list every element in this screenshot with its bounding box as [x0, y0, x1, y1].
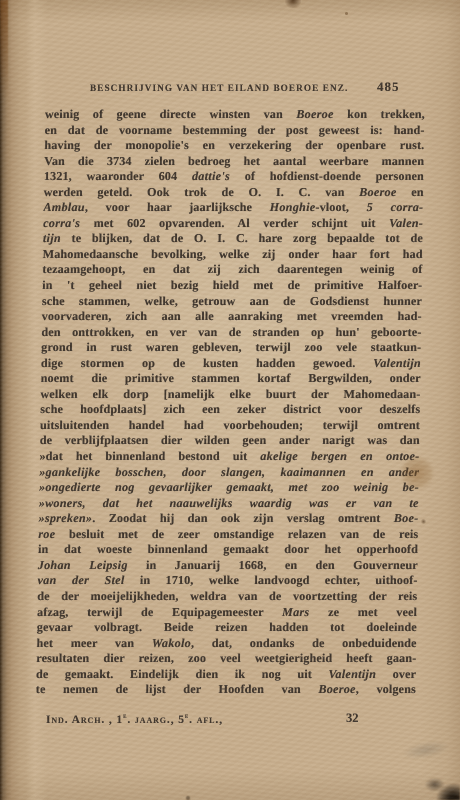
text-line: voorvaderen, zich aan alle aanraking met…: [42, 309, 422, 325]
text-line: werden geteld. Ook trok de O. I. C. van …: [44, 185, 424, 201]
paper-speck: [421, 519, 426, 524]
text-line: de gemaakt. Eindelijk dien ik nog uit Va…: [36, 667, 416, 683]
sheet-number: 32: [346, 711, 359, 726]
text-line: den onttrokken, en ver van de stranden o…: [41, 325, 421, 341]
text-line: tijn te blijken, dat de O. I. C. hare zo…: [43, 231, 423, 247]
text-line: roe besluit met de zeer omstandige relaz…: [38, 527, 418, 543]
paper-speck: [345, 12, 348, 15]
text-line: en dat de voorname bestemming der post g…: [45, 123, 425, 139]
text-line: tezaamgehoopt, en dat zij zich daarenteg…: [42, 262, 422, 278]
footer-signature: Ind. Arch. , 1e. jaarg., 5e. afl.,: [46, 714, 223, 726]
text-line: Amblau, voor haar jaarlijksche Honghie-v…: [43, 200, 423, 216]
gutter-streak: [0, 0, 8, 100]
text-line: welken elk dorp [namelijk elke buurt der…: [40, 387, 420, 403]
text-line: »ongedierte nog gevaarlijker gemaakt, me…: [39, 480, 419, 496]
text-line: having der monopolie's en verzekering de…: [44, 138, 424, 154]
text-line: corra's met 602 opvarenden. Al verder sc…: [43, 216, 423, 232]
text-line: grond in rust waren gebleven, terwijl zo…: [41, 340, 421, 356]
text-line: te nemen de lijst der Hoofden van Boeroe…: [36, 682, 416, 698]
text-line: Mahomedaansche bevolking, welke zij onde…: [43, 247, 423, 263]
text-line: noemt die primitive stammen kortaf Bergw…: [41, 371, 421, 387]
gray-smudge: [401, 738, 451, 762]
text-line: sche hoofdplaats] zich een zeker distric…: [40, 402, 420, 418]
text-line: de der moeijelijkheden, weldra van de vo…: [37, 589, 417, 605]
scanned-book-page: BESCHRIJVING VAN HET EILAND BOEROE ENZ. …: [0, 0, 460, 800]
text-line: gevaar volbragt. Beide reizen hadden tot…: [37, 620, 417, 636]
text-line: 1321, waaronder 604 dattie's of hofdiens…: [44, 169, 424, 185]
text-line: resultaten dier reizen, zoo veel weetgie…: [36, 651, 416, 667]
text-line: sche stammen, welke, getrouw aan de Gods…: [42, 294, 422, 310]
text-line: uitsluitenden handel had voorbehouden; t…: [40, 418, 420, 434]
text-line: »spreken». Zoodat hij dan ook zijn versl…: [38, 511, 418, 527]
text-line: »gankelijke bosschen, door slangen, kaai…: [39, 465, 419, 481]
footer-row: Ind. Arch. , 1e. jaarg., 5e. afl., 32: [46, 710, 426, 728]
text-line: van der Stel in 1710, welke landvoogd ec…: [37, 573, 417, 589]
running-head-title: BESCHRIJVING VAN HET EILAND BOEROE ENZ.: [90, 83, 348, 93]
text-line: het meer van Wakolo, dat, ondanks de onb…: [36, 636, 416, 652]
text-line: Johan Leipsig in Januarij 1668, en den G…: [38, 558, 418, 574]
text-line: de verblijfplaatsen dier wilden geen and…: [40, 433, 420, 449]
text-line: »dat het binnenland bestond uit akelige …: [39, 449, 419, 465]
text-line: afzag, terwijl de Equipagemeester Mars z…: [37, 605, 417, 621]
text-line: in dat woeste binnenland gemaakt door he…: [38, 542, 418, 558]
corner-ink-blotch: [418, 766, 460, 800]
text-line: weinig of geene directe winsten van Boer…: [45, 107, 425, 123]
text-line: Van die 3734 zielen bedroeg het aantal w…: [44, 154, 424, 170]
text-line: dige stormen op de kusten hadden gewoed.…: [41, 356, 421, 372]
paper-speck: [186, 796, 190, 800]
page-number: 485: [377, 79, 400, 95]
text-line: »woners, dat het naauwelijks waardig was…: [39, 496, 419, 512]
text-line: in 't geheel niet bezig hield met de pri…: [42, 278, 422, 294]
top-edge-mark: [285, 0, 301, 8]
body-text: weinig of geene directe winsten van Boer…: [36, 107, 425, 698]
